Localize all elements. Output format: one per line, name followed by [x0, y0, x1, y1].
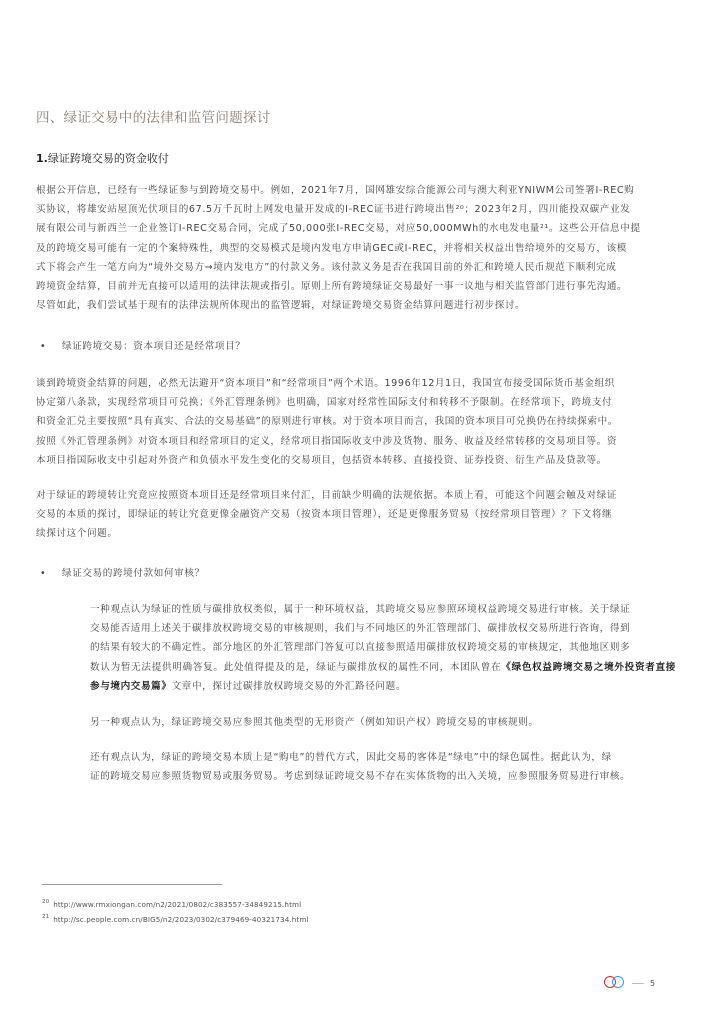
text-line: 数认为暂无法提供明确答复。此处值得提及的是，绿证与碳排放权的属性不同，本团队曾在…	[90, 658, 676, 696]
interlocking-rings-logo-icon	[604, 976, 626, 990]
paragraph-fund-settlement: 根据公开信息，已经有一些绿证参与到跨境交易中。例如，2021年7月，国网雄安综合…	[36, 181, 676, 315]
section-title: 四、绿证交易中的法律和监管问题探讨	[36, 106, 271, 126]
bullet-capital-vs-current: •绿证跨境交易：资本项目还是经常项目？	[40, 338, 246, 352]
paragraph-view-environmental-rights: 一种观点认为绿证的性质与碳排放权类似，属于一种环境权益，其跨境交易应参照环境权益…	[90, 600, 676, 696]
text-span: 数认为暂无法提供明确答复。此处值得提及的是，绿证与碳排放权的属性不同，本团队曾在	[90, 662, 501, 673]
text-line: 和资金汇兑主要按照“具有真实、合法的交易基础”的原则进行审核。对于资本项目而言，…	[36, 412, 676, 431]
paragraph-remittance-basis: 对于绿证的跨境转让究竟应按照资本项目还是经常项目来付汇，目前缺少明确的法规依据。…	[36, 486, 676, 544]
text-line: 交易能否适用上述关于碳排放权跨境交易的审核规则，我们与不同地区的外汇管理部门、碳…	[90, 619, 676, 638]
bullet-payment-review: •绿证交易的跨境付款如何审核？	[40, 565, 205, 579]
text-line: 证的跨境交易应参照货物贸易或服务贸易。考虑到绿证跨境交易不存在实体货物的出入关境…	[90, 767, 676, 786]
footnote-21: 21http://sc.people.com.cn/BIG5/n2/2023/0…	[42, 914, 309, 924]
text-line: 买协议，将雄安站屋顶光伏项目的67.5万千瓦时上网发电量开发成的I-REC证书进…	[36, 200, 676, 219]
text-line: 根据公开信息，已经有一些绿证参与到跨境交易中。例如，2021年7月，国网雄安综合…	[36, 181, 676, 200]
text-line: 按照《外汇管理条例》对资本项目和经常项目的定义，经常项目指国际收支中涉及货物、服…	[36, 432, 676, 451]
text-line: 尽管如此，我们尝试基于现有的法律法规所体现出的监管逻辑，对绿证跨境交易资金结算问…	[36, 296, 676, 315]
text-line: 另一种观点认为，绿证跨境交易应参照其他类型的无形资产（例如知识产权）跨境交易的审…	[90, 713, 676, 732]
text-line: 协定第八条款，实现经常项目可兑换；《外汇管理条例》也明确，国家对经常性国际支付和…	[36, 393, 676, 412]
footnote-number: 20	[42, 899, 49, 905]
footnote-link[interactable]: http://sc.people.com.cn/BIG5/n2/2023/030…	[53, 915, 308, 924]
text-line: 交易的本质的探讨，即绿证的转让究竟更像金融资产交易（按资本项目管理），还是更像服…	[36, 505, 676, 524]
paragraph-view-intangible-assets: 另一种观点认为，绿证跨境交易应参照其他类型的无形资产（例如知识产权）跨境交易的审…	[90, 713, 676, 732]
subsection-title-text: 绿证跨境交易的资金收付	[48, 152, 169, 165]
footnote-link[interactable]: http://www.rmxiongan.com/n2/2021/0802/c3…	[53, 900, 301, 909]
text-line: 续探讨这个问题。	[36, 524, 676, 543]
text-line: 及的跨境交易可能有一定的个案特殊性，典型的交易模式是境内发电方申请GEC或I-R…	[36, 239, 676, 258]
text-line: 对于绿证的跨境转让究竟应按照资本项目还是经常项目来付汇，目前缺少明确的法规依据。…	[36, 486, 676, 505]
text-line: 本项目指国际收支中引起对外资产和负债水平发生变化的交易项目，包括资本转移、直接投…	[36, 451, 676, 470]
paragraph-capital-current-terms: 谈到跨境资金结算的问题，必然无法避开“资本项目”和“经常项目”两个术语。1996…	[36, 374, 676, 470]
document-page: 四、绿证交易中的法律和监管问题探讨 1.绿证跨境交易的资金收付 根据公开信息，已…	[0, 0, 709, 1024]
bullet-text: 绿证跨境交易：资本项目还是经常项目？	[62, 341, 246, 352]
footer-divider	[632, 983, 644, 984]
bullet-dot-icon: •	[40, 341, 62, 352]
paragraph-view-power-purchase: 还有观点认为，绿证的跨境交易本质上是“购电”的替代方式，因此交易的客体是“绿电”…	[90, 748, 676, 786]
text-line: 式下将会产生一笔方向为“境外交易方→境内发电方”的付款义务。该付款义务是否在我国…	[36, 258, 676, 277]
page-number: 5	[650, 979, 655, 988]
footnote-divider	[42, 884, 222, 885]
subsection-title: 1.绿证跨境交易的资金收付	[36, 150, 169, 166]
blue-ring-icon	[612, 976, 624, 988]
page-footer: 5	[604, 974, 655, 992]
bullet-dot-icon: •	[40, 568, 62, 579]
bullet-text: 绿证交易的跨境付款如何审核？	[62, 568, 205, 579]
footnote-20: 20http://www.rmxiongan.com/n2/2021/0802/…	[42, 899, 301, 909]
subsection-number: 1.	[36, 152, 48, 165]
text-line: 跨境资金结算，目前并无直接可以适用的法律法规或指引。原则上所有跨境绿证交易最好一…	[36, 277, 676, 296]
text-line: 谈到跨境资金结算的问题，必然无法避开“资本项目”和“经常项目”两个术语。1996…	[36, 374, 676, 393]
text-span: 文章中，探讨过碳排放权跨境交易的外汇路径问题。	[172, 681, 406, 692]
text-line: 展有限公司与新西兰一企业签订I-REC交易合同，完成了50,000张I-REC交…	[36, 219, 676, 238]
text-line: 一种观点认为绿证的性质与碳排放权类似，属于一种环境权益，其跨境交易应参照环境权益…	[90, 600, 676, 619]
text-line: 还有观点认为，绿证的跨境交易本质上是“购电”的替代方式，因此交易的客体是“绿电”…	[90, 748, 676, 767]
footnote-number: 21	[42, 914, 49, 920]
text-line: 的结果有较大的不确定性。部分地区的外汇管理部门答复可以直接参照适用碳排放权跨境交…	[90, 638, 676, 657]
